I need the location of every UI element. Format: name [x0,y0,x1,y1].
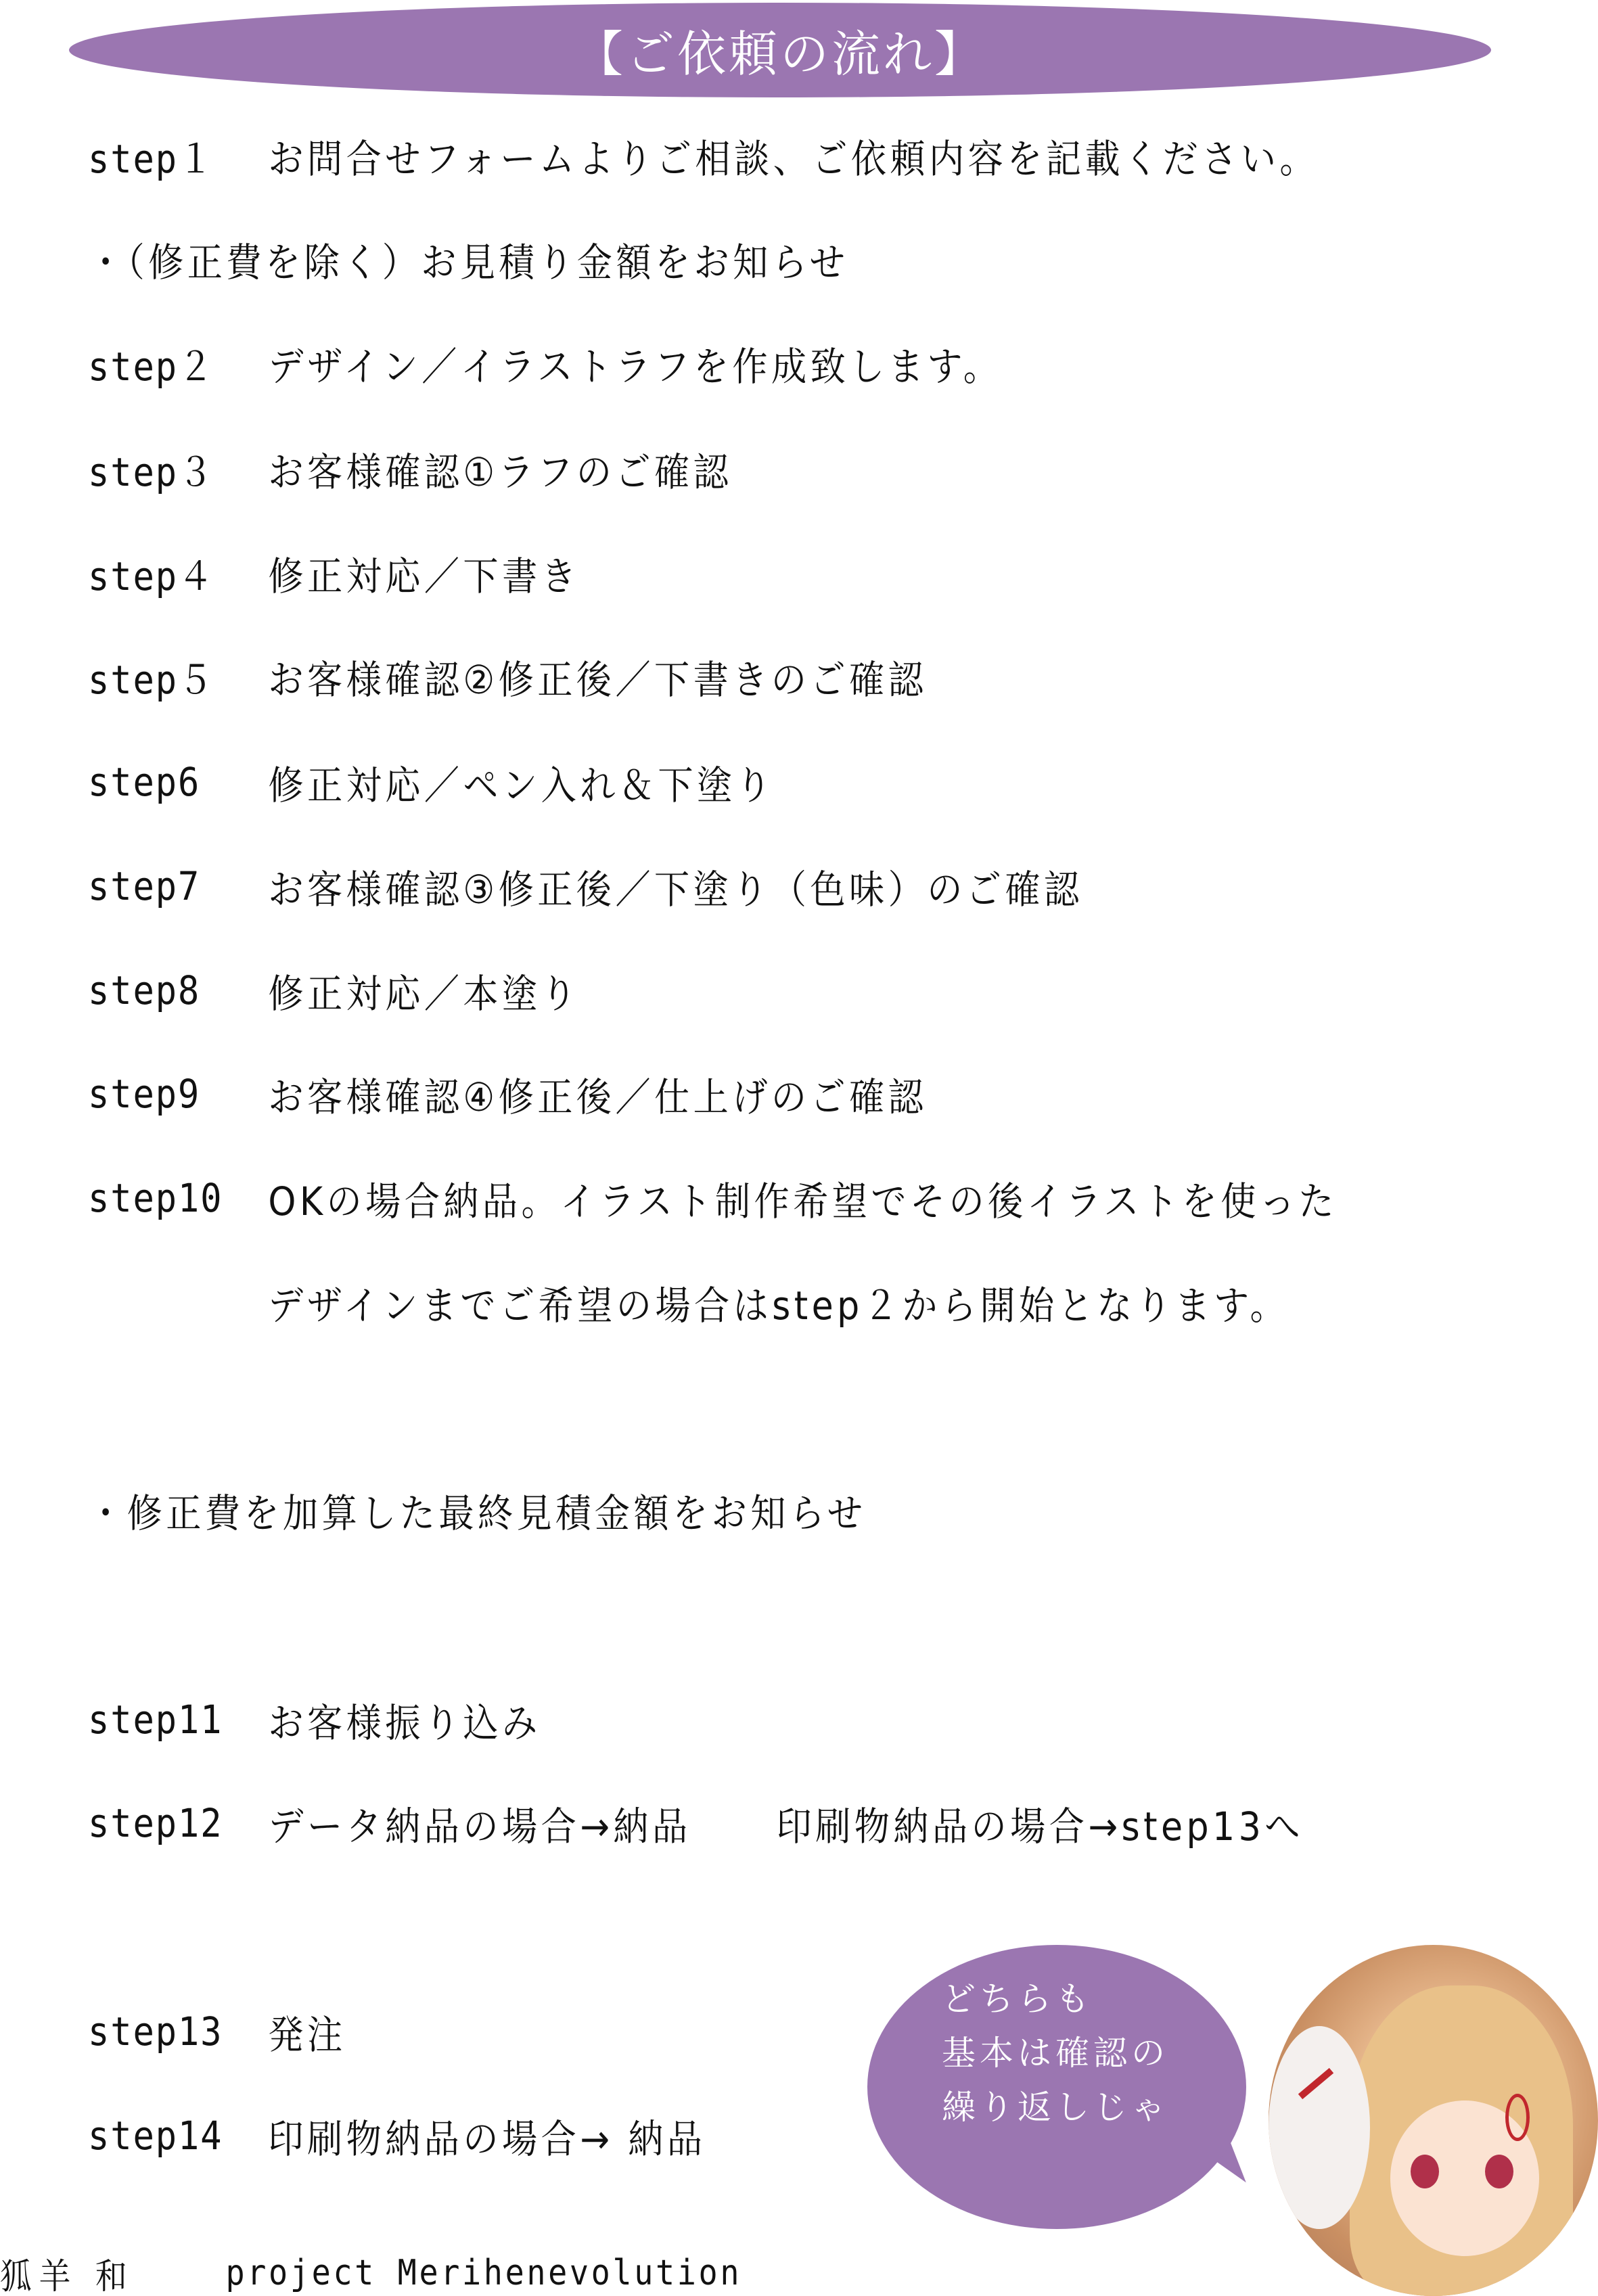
step-label: step6 [88,759,268,805]
step-content: 修正対応／下書き [268,545,580,601]
step-content: お客様振り込み [268,1691,541,1748]
title-banner: 【ご依頼の流れ】 [69,3,1491,97]
step-content: 発注 [268,2003,346,2060]
step-label: step7 [88,863,268,909]
speech-bubble-text: どちらも 基本は確認の 繰り返しじゃ [942,1972,1169,2134]
step-label: step9 [88,1071,268,1117]
step-label: step３ [88,440,268,497]
step-2: step２ デザイン／イラストラフを作成致します。 [88,336,1002,390]
step-label: step11 [88,1697,268,1743]
step-content: お客様確認②修正後／下書きのご確認 [268,648,927,705]
step-10-continuation: デザインまでご希望の場合はstep２から開始となります。 [268,1275,1289,1329]
step-label: step8 [88,967,268,1013]
step-9: step9 お客様確認④修正後／仕上げのご確認 [88,1067,927,1121]
step-label: step14 [88,2113,268,2159]
step-content: 修正対応／ペン入れ＆下塗り [268,754,775,810]
step-10: step10 OKの場合納品。イラスト制作希望でその後イラストを使った [88,1171,1338,1225]
step-label: step１ [88,127,268,184]
step-13: step13 発注 [88,2004,346,2059]
step-label: step５ [88,648,268,705]
step-12: step12 データ納品の場合→納品 印刷物納品の場合→step13へ [88,1796,1304,1850]
step-content: 修正対応／本塗り [268,962,580,1019]
project-name: project Merihenevolution [225,2253,741,2293]
step-8: step8 修正対応／本塗り [88,963,580,1017]
step-content: お客様確認①ラフのご確認 [268,440,732,497]
step-label: step２ [88,335,268,392]
step-content: お客様確認③修正後／下塗り（色味）のご確認 [268,858,1082,915]
author-name: 狐羊 和 [0,2248,134,2296]
step-content-print: 印刷物納品の場合→step13へ [777,1795,1304,1852]
step-6: step6 修正対応／ペン入れ＆下塗り [88,755,775,809]
step-4: step４ 修正対応／下書き [88,546,580,600]
step-content: お問合せフォームよりご相談、ご依頼内容を記載ください。 [268,127,1319,184]
speech-line: 基本は確認の [942,2026,1169,2080]
step-content: データ納品の場合→納品 [268,1795,691,1852]
step-label: step13 [88,2008,268,2054]
step-1: step１ お問合せフォームよりご相談、ご依頼内容を記載ください。 [88,129,1319,183]
step-label: step10 [88,1175,268,1221]
final-estimate-note: ・修正費を加算した最終見積金額をお知らせ [88,1483,866,1537]
step-content: 印刷物納品の場合→ 納品 [268,2107,706,2164]
portrait-hair-ornament [1505,2094,1530,2141]
speech-line: 繰り返しじゃ [942,2080,1169,2134]
step-label: step４ [88,545,268,601]
step-content: お客様確認④修正後／仕上げのご確認 [268,1065,927,1122]
step-content: OKの場合納品。イラスト制作希望でその後イラストを使った [268,1170,1338,1226]
step-7: step7 お客様確認③修正後／下塗り（色味）のご確認 [88,859,1083,913]
estimate-note: ・（修正費を除く）お見積り金額をお知らせ [88,232,848,286]
step-5: step５ お客様確認②修正後／下書きのご確認 [88,649,927,704]
step-11: step11 お客様振り込み [88,1693,541,1747]
portrait-eye [1485,2155,1513,2188]
footer: 狐羊 和 project Merihenevolution [0,2249,741,2296]
step-14: step14 印刷物納品の場合→ 納品 [88,2109,706,2163]
kitsune-mask [1269,2026,1370,2229]
speech-bubble: どちらも 基本は確認の 繰り返しじゃ [867,1945,1246,2229]
step-label: step12 [88,1800,268,1846]
portrait-eye [1411,2155,1439,2188]
step-content: デザイン／イラストラフを作成致します。 [268,335,1002,392]
page-title: 【ご依頼の流れ】 [574,15,986,85]
speech-line: どちらも [942,1972,1169,2026]
step-3: step３ お客様確認①ラフのご確認 [88,442,732,496]
character-portrait [1269,1945,1598,2296]
